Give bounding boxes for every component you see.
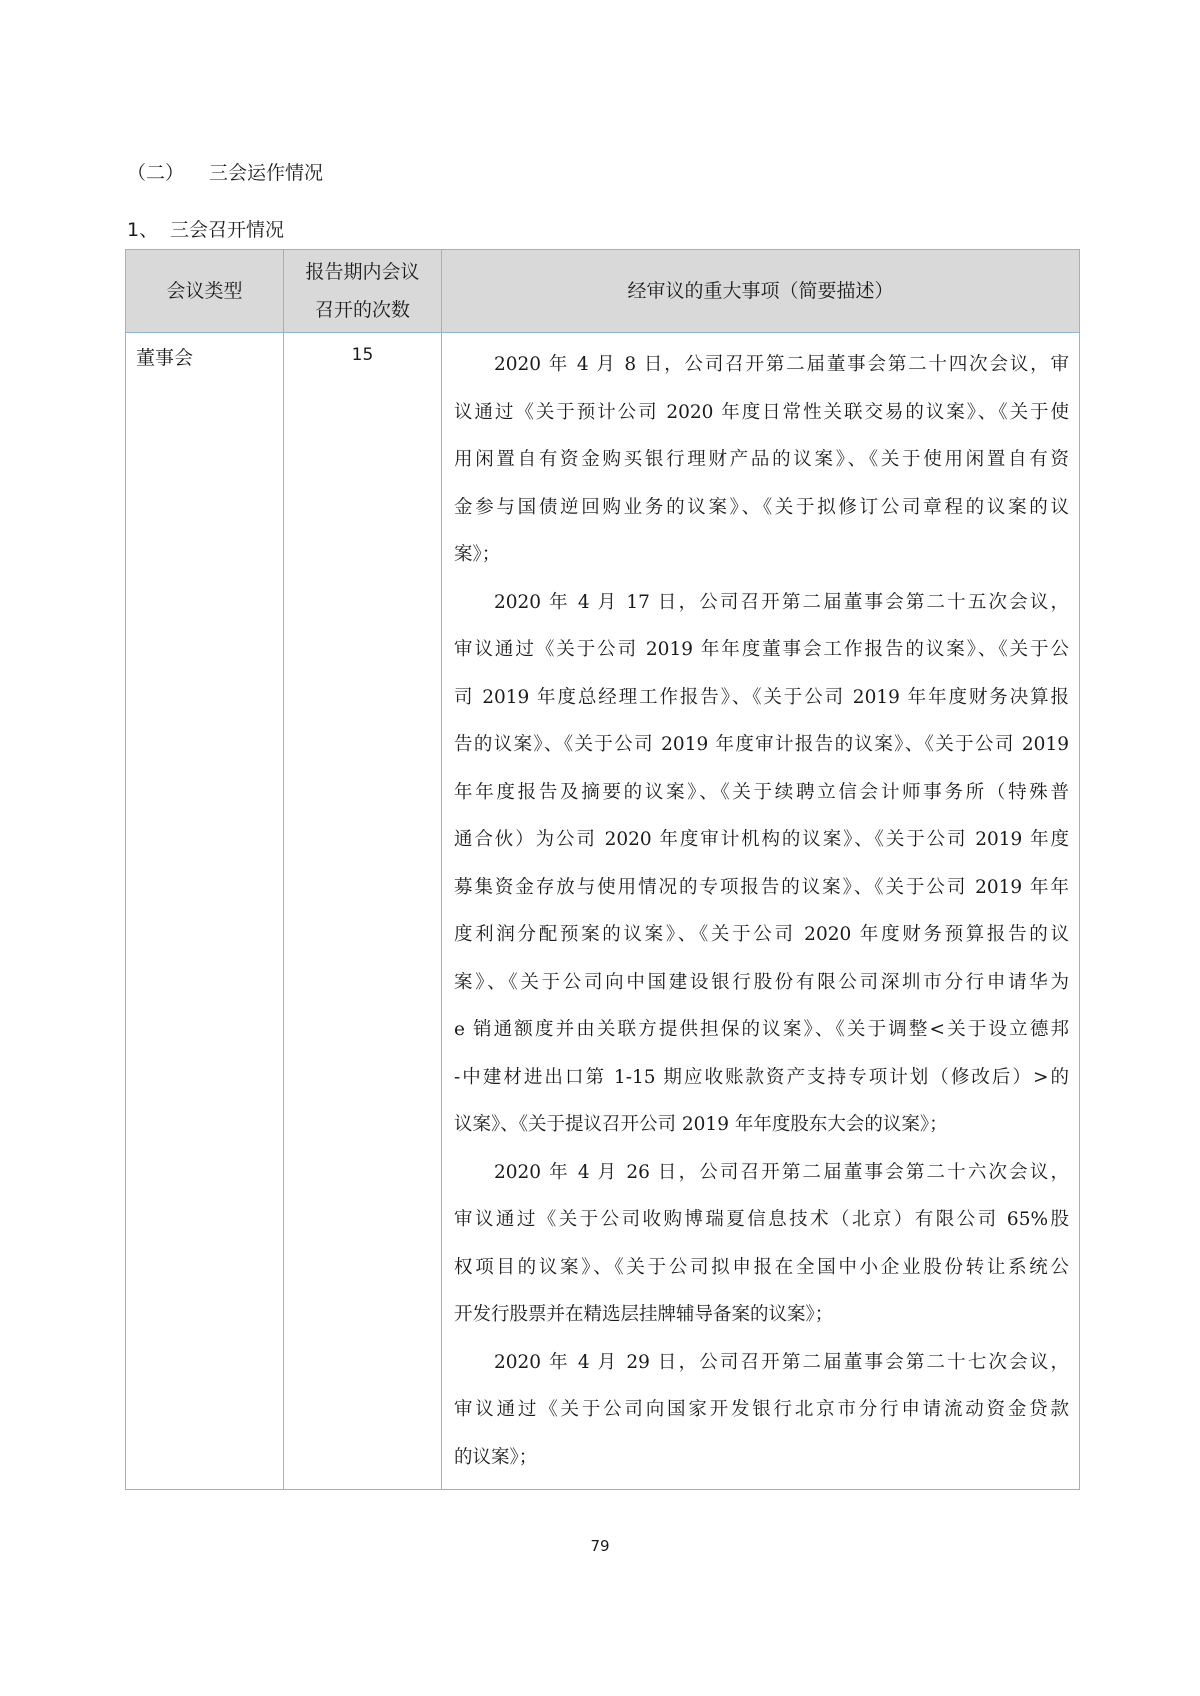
- paragraph-line: 案》；: [454, 531, 1069, 579]
- table-row: 董事会 15 2020 年 4 月 8 日，公司召开第二届董事会第二十四次会议，…: [126, 333, 1080, 1490]
- paragraph-line: 案》、《关于公司向中国建设银行股份有限公司深圳市分行申请华为: [454, 959, 1069, 1007]
- cell-meeting-type: 董事会: [126, 333, 284, 1490]
- paragraph-line: 司 2019 年度总经理工作报告》、《关于公司 2019 年年度财务决算报: [454, 674, 1069, 722]
- meeting-paragraph: 2020 年 4 月 29 日，公司召开第二届董事会第二十七次会议，审议通过《关…: [454, 1339, 1069, 1482]
- cell-major-matters: 2020 年 4 月 8 日，公司召开第二届董事会第二十四次会议，审议通过《关于…: [442, 333, 1080, 1490]
- paragraph-line: 议案》、《关于提议召开公司 2019 年年度股东大会的议案》；: [454, 1101, 1069, 1149]
- subsection-title: 三会召开情况: [170, 219, 284, 241]
- paragraph-line: -中建材进出口第 1-15 期应收账款资产支持专项计划（修改后）>的: [454, 1054, 1069, 1102]
- subsection-heading: 1、三会召开情况: [127, 215, 284, 242]
- meetings-table: 会议类型 报告期内会议 召开的次数 经审议的重大事项（简要描述） 董事会 15 …: [125, 249, 1080, 1490]
- paragraph-line: 2020 年 4 月 26 日，公司召开第二届董事会第二十六次会议，: [454, 1149, 1069, 1197]
- page-number: 79: [0, 1537, 1200, 1555]
- paragraph-line: 2020 年 4 月 29 日，公司召开第二届董事会第二十七次会议，: [454, 1339, 1069, 1387]
- paragraph-line: 审议通过《关于公司收购博瑞夏信息技术（北京）有限公司 65%股: [454, 1196, 1069, 1244]
- paragraph-line: 审议通过《关于公司向国家开发银行北京市分行申请流动资金贷款: [454, 1386, 1069, 1434]
- meeting-paragraph: 2020 年 4 月 17 日，公司召开第二届董事会第二十五次会议，审议通过《关…: [454, 579, 1069, 1149]
- paragraph-line: 开发行股票并在精选层挂牌辅导备案的议案》；: [454, 1291, 1069, 1339]
- paragraph-line: 金参与国债逆回购业务的议案》、《关于拟修订公司章程的议案的议: [454, 484, 1069, 532]
- meeting-paragraph: 2020 年 4 月 8 日，公司召开第二届董事会第二十四次会议，审议通过《关于…: [454, 341, 1069, 579]
- meeting-paragraph: 2020 年 4 月 26 日，公司召开第二届董事会第二十六次会议，审议通过《关…: [454, 1149, 1069, 1339]
- header-meeting-type: 会议类型: [126, 250, 284, 333]
- paragraph-line: 通合伙）为公司 2020 年度审计机构的议案》、《关于公司 2019 年度: [454, 816, 1069, 864]
- paragraph-line: e 销通额度并由关联方提供担保的议案》、《关于调整<关于设立德邦: [454, 1006, 1069, 1054]
- section-number: （二）: [127, 158, 209, 185]
- paragraph-line: 募集资金存放与使用情况的专项报告的议案》、《关于公司 2019 年年: [454, 864, 1069, 912]
- paragraph-line: 权项目的议案》、《关于公司拟申报在全国中小企业股份转让系统公: [454, 1244, 1069, 1292]
- cell-meeting-count: 15: [284, 333, 442, 1490]
- paragraph-line: 2020 年 4 月 8 日，公司召开第二届董事会第二十四次会议，审: [454, 341, 1069, 389]
- paragraph-line: 度利润分配预案的议案》、《关于公司 2020 年度财务预算报告的议: [454, 911, 1069, 959]
- paragraph-line: 告的议案》、《关于公司 2019 年度审计报告的议案》、《关于公司 2019: [454, 721, 1069, 769]
- paragraph-line: 的议案》；: [454, 1434, 1069, 1482]
- paragraph-line: 审议通过《关于公司 2019 年年度董事会工作报告的议案》、《关于公: [454, 626, 1069, 674]
- table-header-row: 会议类型 报告期内会议 召开的次数 经审议的重大事项（简要描述）: [126, 250, 1080, 333]
- matters-paragraphs: 2020 年 4 月 8 日，公司召开第二届董事会第二十四次会议，审议通过《关于…: [454, 341, 1069, 1481]
- paragraph-line: 用闲置自有资金购买银行理财产品的议案》、《关于使用闲置自有资: [454, 436, 1069, 484]
- header-meeting-count: 报告期内会议 召开的次数: [284, 250, 442, 333]
- section-title: 三会运作情况: [209, 162, 323, 184]
- paragraph-line: 2020 年 4 月 17 日，公司召开第二届董事会第二十五次会议，: [454, 579, 1069, 627]
- header-major-matters: 经审议的重大事项（简要描述）: [442, 250, 1080, 333]
- section-heading: （二）三会运作情况: [127, 158, 323, 185]
- header-count-line1: 报告期内会议: [285, 253, 440, 291]
- subsection-number: 1、: [127, 215, 170, 242]
- header-count-line2: 召开的次数: [285, 291, 440, 329]
- paragraph-line: 议通过《关于预计公司 2020 年度日常性关联交易的议案》、《关于使: [454, 389, 1069, 437]
- paragraph-line: 年年度报告及摘要的议案》、《关于续聘立信会计师事务所（特殊普: [454, 769, 1069, 817]
